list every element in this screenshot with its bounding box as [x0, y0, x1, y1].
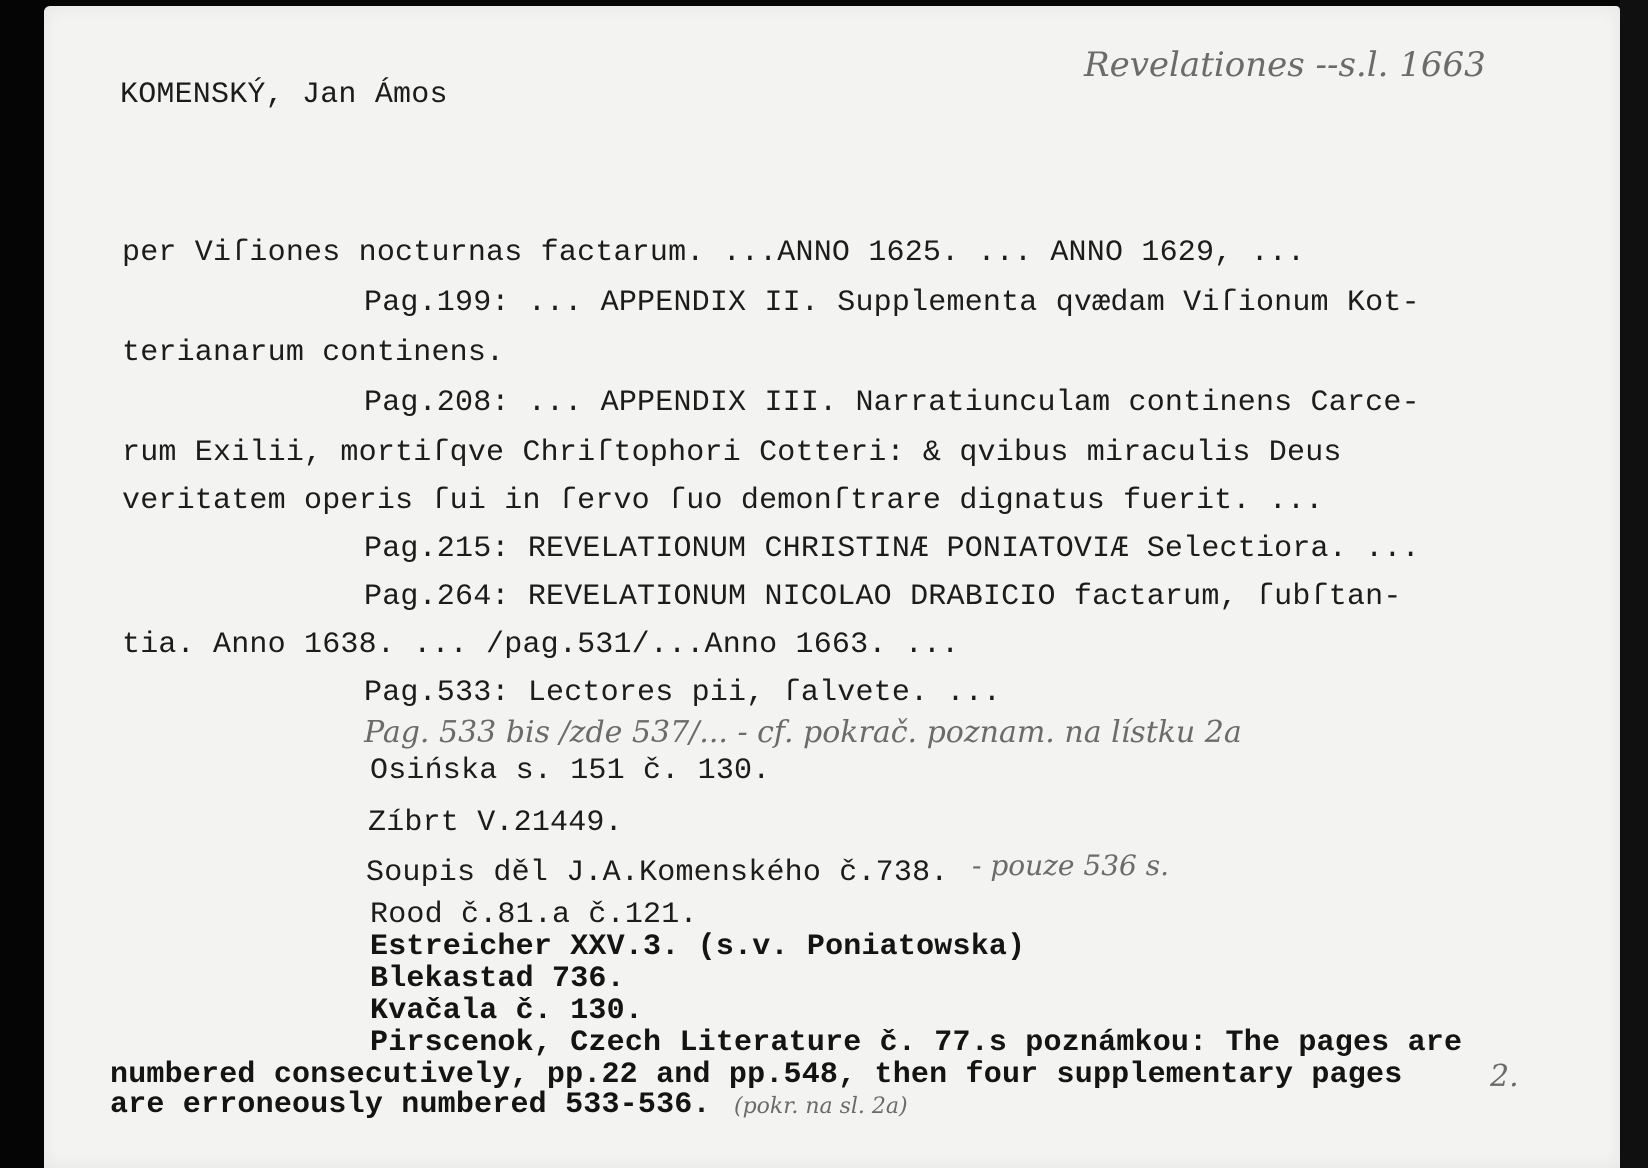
- body-line: Pag.208: ... APPENDIX III. Narratiuncula…: [364, 388, 1420, 418]
- reference-line: Zíbrt V.21449.: [368, 808, 623, 838]
- body-line: Pag.533: Lectores pii, ſalvete. ...: [364, 678, 1001, 708]
- body-line: veritatem operis ſui in ſervo ſuo demonſ…: [122, 486, 1323, 516]
- body-line: Pag.215: REVELATIONUM CHRISTINÆ PONIATOV…: [364, 534, 1420, 564]
- reference-line: Pirscenok, Czech Literature č. 77.s pozn…: [370, 1028, 1462, 1058]
- reference-line: Osińska s. 151 č. 130.: [370, 756, 770, 786]
- reference-line: numbered consecutively, pp.22 and pp.548…: [110, 1060, 1402, 1090]
- scan-border-right: [1620, 0, 1648, 1168]
- reference-line: Soupis děl J.A.Komenského č.738.: [366, 858, 949, 888]
- body-line: Pag.199: ... APPENDIX II. Supplementa qv…: [364, 288, 1420, 318]
- card-heading-author: KOMENSKÝ, Jan Ámos: [120, 80, 448, 110]
- reference-line: Blekastad 736.: [370, 964, 625, 994]
- reference-line: Kvačala č. 130.: [370, 996, 643, 1026]
- handwritten-title-annotation: Revelationes --s.l. 1663: [1084, 48, 1486, 82]
- body-line: terianarum continens.: [122, 338, 504, 368]
- reference-line: Rood č.81.a č.121.: [370, 900, 698, 930]
- body-line: per Viſiones nocturnas factarum. ...ANNO…: [122, 238, 1305, 268]
- body-line: tia. Anno 1638. ... /pag.531/...Anno 166…: [122, 630, 959, 660]
- body-line: Pag.264: REVELATIONUM NICOLAO DRABICIO f…: [364, 582, 1402, 612]
- handwritten-page-note: Pag. 533 bis /zde 537/... - cf. pokrač. …: [364, 718, 1242, 748]
- handwritten-soupis-note: - pouze 536 s.: [972, 852, 1169, 880]
- card-number: 2.: [1490, 1062, 1519, 1092]
- reference-line: Estreicher XXV.3. (s.v. Poniatowska): [370, 932, 1025, 962]
- reference-line: are erroneously numbered 533-536.: [110, 1090, 711, 1120]
- body-line: rum Exilii, mortiſqve Chriſtophori Cotte…: [122, 438, 1342, 468]
- handwritten-continuation-note: (pokr. na sl. 2a): [734, 1096, 908, 1118]
- catalog-card: KOMENSKÝ, Jan Ámos Revelationes --s.l. 1…: [44, 6, 1620, 1168]
